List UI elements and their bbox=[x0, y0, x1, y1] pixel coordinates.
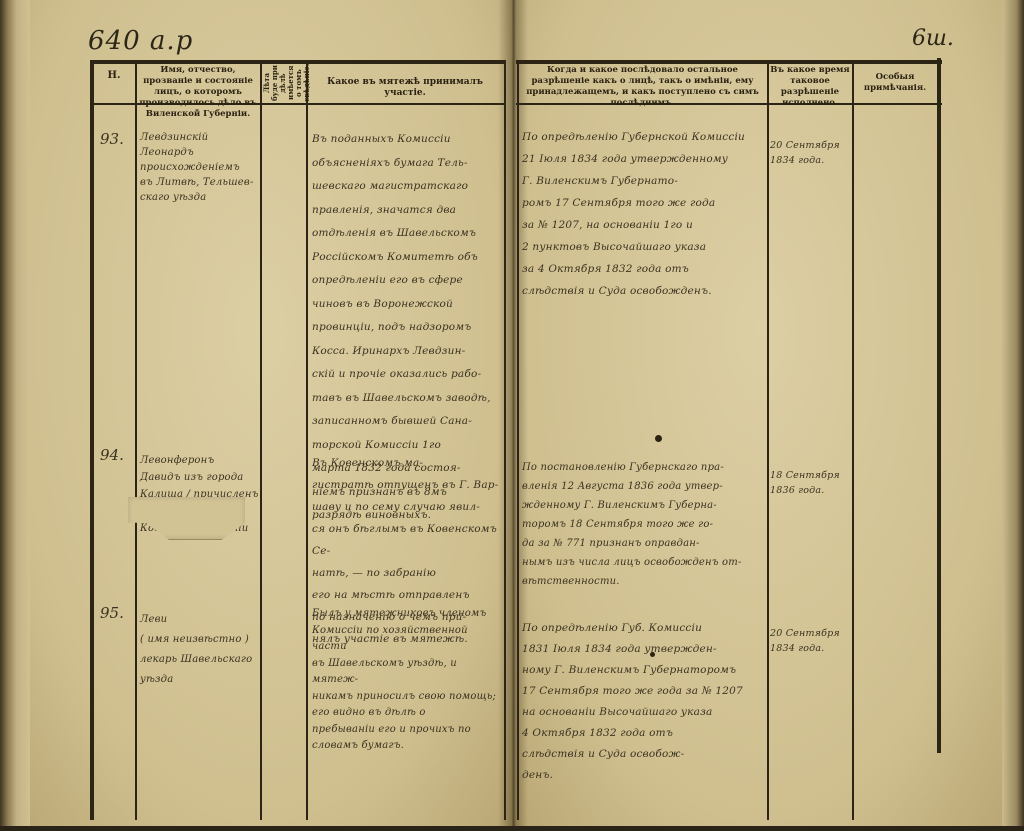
entry-executed: 20 Сентября 1834 года. bbox=[770, 138, 852, 168]
left-page-edges bbox=[0, 0, 30, 826]
entry-number: 93. bbox=[100, 130, 124, 148]
entry-executed: 18 Сентября 1836 года. bbox=[770, 468, 852, 498]
left-border-rule bbox=[90, 60, 94, 820]
entry-name: Левдзинскій Леонардъ происхожденіемъ въ … bbox=[140, 130, 260, 205]
col-rule-executed bbox=[852, 62, 854, 820]
header-executed: Въ какое время таковое разрѣшеніе исполн… bbox=[770, 65, 850, 109]
col-rule-case bbox=[306, 62, 308, 820]
header-notes: Особыя примѣчанія. bbox=[855, 72, 935, 94]
entry-participation: Былъ у мятежниковъ членомъ Комиссіи по х… bbox=[312, 606, 504, 755]
col-rule-num bbox=[135, 62, 137, 820]
header-name: Имя, отчество, прозваніе и состояніе лиц… bbox=[138, 65, 258, 120]
entry-number: 95. bbox=[100, 604, 124, 622]
header-participation: Какое въ мятежѣ принималъ участіе. bbox=[310, 77, 500, 99]
entry-number: 94. bbox=[100, 446, 124, 464]
entry-resolution: По опредѣленію Губернской Комиссіи 21 Ію… bbox=[522, 126, 767, 302]
header-top-rule-right bbox=[516, 60, 942, 64]
right-page-edges bbox=[1002, 0, 1024, 826]
folio-number-left: 640 а.р bbox=[88, 26, 193, 56]
header-num: Н. bbox=[96, 70, 132, 81]
binding-hole bbox=[655, 435, 662, 442]
entry-resolution: По постановленію Губернскаго пра- вленія… bbox=[522, 458, 767, 591]
ink-spot bbox=[650, 652, 655, 657]
header-case: Лѣта буде при дѣлѣ имѣется о томъ свѣдѣн… bbox=[263, 63, 303, 103]
col-rule-resolution bbox=[767, 62, 769, 820]
right-border-rule bbox=[937, 58, 941, 753]
folio-number-right: 6ш. bbox=[912, 26, 954, 51]
header-resolution: Когда и какое послѣдовало остальное разр… bbox=[520, 65, 765, 109]
ledger-book-spread: 640 а.р 6ш. Н. Имя, отчество, прозваніе … bbox=[0, 0, 1024, 831]
entry-name: Леви ( имя неизвѣстно ) лекарь Шавельска… bbox=[140, 610, 260, 690]
col-rule-name bbox=[260, 62, 262, 820]
entry-executed: 20 Сентября 1834 года. bbox=[770, 626, 852, 656]
col-rule-participation bbox=[504, 60, 506, 820]
col-rule-resolution-left bbox=[517, 62, 519, 820]
entry-resolution: По опредѣленію Губ. Комиссіи 1831 Іюля 1… bbox=[522, 618, 767, 786]
